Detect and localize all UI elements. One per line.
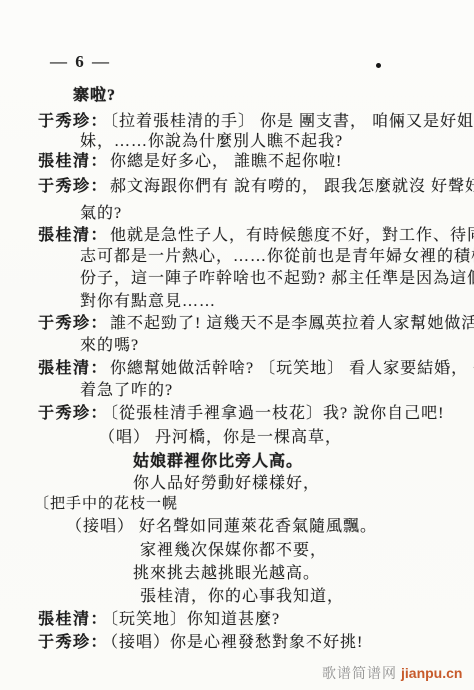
- speaker-name: 張桂清：: [38, 153, 108, 170]
- line-text: 你人品好勞動好樣樣好，: [133, 475, 320, 492]
- watermark-domain: jianpu.cn: [401, 665, 462, 681]
- script-line: 氣的?: [80, 200, 122, 223]
- script-line: 來的嗎?: [80, 332, 139, 355]
- line-text: 〔玩笑地〕你知道甚麼?: [110, 611, 280, 628]
- script-line: 着急了咋的?: [80, 377, 173, 400]
- script-line: 于秀珍：誰不起勁了! 這幾天不是李鳳英拉着人家幫她做活: [38, 310, 474, 333]
- script-line: 家裡幾次保媒你都不要，: [140, 537, 327, 560]
- script-line: 張桂清：你總幫她做活幹啥? 〔玩笑地〕 看人家要結婚， 你: [38, 355, 474, 378]
- script-line: 對你有點意見……: [80, 288, 216, 311]
- line-text: 氣的?: [80, 205, 122, 222]
- line-text: 挑來挑去越挑眼光越高。: [133, 565, 320, 582]
- watermark: 歌谱简谱网jianpu.cn: [322, 663, 462, 683]
- line-text: （接唱）你是心裡發愁對象不好挑!: [110, 634, 363, 651]
- script-line: 張桂清：他就是急性子人，有時候態度不好，對工作、待同: [38, 222, 474, 245]
- speaker-name: 于秀珍：: [38, 634, 108, 651]
- line-text: 寨啦?: [73, 87, 116, 104]
- line-text: 來的嗎?: [80, 337, 139, 354]
- line-text: 誰不起勁了! 這幾天不是李鳳英拉着人家幫她做活: [110, 315, 474, 332]
- speaker-name: 張桂清：: [38, 227, 108, 244]
- speaker-name: 張桂清：: [38, 360, 108, 377]
- script-line: 挑來挑去越挑眼光越高。: [133, 560, 320, 583]
- script-line: （唱） 丹河橋，你是一棵高草，: [99, 424, 342, 447]
- script-line: 寨啦?: [73, 82, 116, 105]
- speaker-name: 于秀珍：: [38, 405, 108, 422]
- script-line: 張桂清，你的心事我知道，: [140, 583, 344, 606]
- script-line: 份子，這一陣子咋幹啥也不起勁? 郝主任準是因為這個: [80, 265, 474, 288]
- line-text: 家裡幾次保媒你都不要，: [140, 542, 327, 559]
- line-text: 姑娘群裡你比旁人高。: [133, 453, 303, 470]
- script-line: 〔把手中的花枝一幌: [34, 492, 178, 513]
- line-text: 張桂清，你的心事我知道，: [140, 588, 344, 605]
- script-line: 張桂清：你總是好多心， 誰瞧不起你啦!: [38, 148, 342, 171]
- line-text: 着急了咋的?: [80, 382, 173, 399]
- line-text: 他就是急性子人，有時候態度不好，對工作、待同: [110, 227, 474, 244]
- speaker-name: 于秀珍：: [38, 178, 108, 195]
- line-text: 份子，這一陣子咋幹啥也不起勁? 郝主任準是因為這個: [80, 270, 474, 287]
- script-line: 姑娘群裡你比旁人高。: [133, 448, 303, 471]
- speaker-name: 于秀珍：: [38, 315, 108, 332]
- script-line: 于秀珍：〔從張桂清手裡拿過一枝花〕我? 說你自己吧!: [38, 400, 444, 423]
- watermark-site-name: 歌谱简谱网: [322, 665, 397, 681]
- line-text: 你總是好多心， 誰瞧不起你啦!: [110, 153, 342, 170]
- line-text: 〔從張桂清手裡拿過一枝花〕我? 說你自己吧!: [110, 405, 444, 422]
- line-text: 你總幫她做活幹啥? 〔玩笑地〕 看人家要結婚， 你: [110, 360, 474, 377]
- line-text: （唱） 丹河橋，你是一棵高草，: [99, 429, 342, 446]
- speaker-name: 張桂清：: [38, 611, 108, 628]
- script-line: 張桂清：〔玩笑地〕你知道甚麼?: [38, 606, 280, 629]
- script-line: 于秀珍：郝文海跟你們有 說有嘮的， 跟我怎麼就沒 好聲好: [38, 173, 474, 196]
- line-text: 志可都是一片熱心，……你從前也是青年婦女裡的積極: [80, 248, 474, 265]
- script-line: （接唱） 好名聲如同蓮萊花香氣隨風飄。: [66, 513, 377, 536]
- line-text: （接唱） 好名聲如同蓮萊花香氣隨風飄。: [66, 518, 377, 535]
- line-text: 對你有點意見……: [80, 293, 216, 310]
- script-line: 于秀珍：（接唱）你是心裡發愁對象不好挑!: [38, 629, 363, 652]
- script-lines: 寨啦?于秀珍：〔拉着張桂清的手〕 你是 團支書， 咱倆又是好姐妹，……你說為什麼…: [0, 0, 474, 690]
- script-page: — 6 — 寨啦?于秀珍：〔拉着張桂清的手〕 你是 團支書， 咱倆又是好姐妹，……: [0, 0, 474, 690]
- script-line: 你人品好勞動好樣樣好，: [133, 470, 320, 493]
- script-line: 志可都是一片熱心，……你從前也是青年婦女裡的積極: [80, 243, 474, 266]
- line-text: 〔把手中的花枝一幌: [34, 496, 178, 512]
- line-text: 郝文海跟你們有 說有嘮的， 跟我怎麼就沒 好聲好: [110, 178, 474, 195]
